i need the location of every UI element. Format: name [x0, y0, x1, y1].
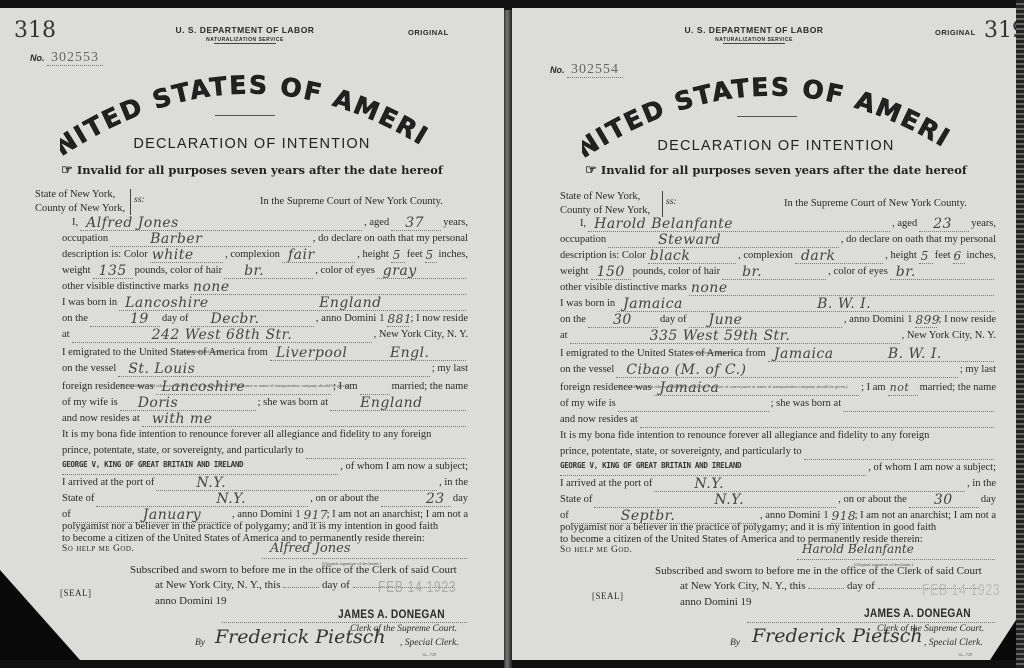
row-occupation: occupation Barber , do declare on oath t… [62, 231, 468, 247]
birth-year-field: 899 [915, 315, 937, 328]
birthplace-field: JamaicaB. W. I. [617, 299, 994, 312]
row-name: I, Alfred Jones , aged 37 years, [62, 215, 468, 231]
vessel-field: St. Louis(If the alien arrived otherwise… [118, 364, 430, 377]
married-status-field: not [888, 383, 918, 396]
venue: State of New York, County of New York, [35, 188, 125, 216]
row-weight: weight 150 pounds, color of hair br. , c… [560, 264, 996, 280]
ss-label: ss: [134, 195, 145, 205]
page-number: 319 [984, 18, 1016, 43]
arrival-day-field: 23 [381, 494, 451, 507]
foreign-residence-field: Lancoshire [156, 382, 332, 395]
foreign-residence-field: Jamaica [654, 383, 860, 396]
row-address: at 242 West 68th Str.(Give number and st… [62, 327, 468, 343]
occupation-field: Barber [110, 234, 311, 247]
weight-field: 135 [93, 266, 133, 279]
row-port: I arrived at the port of N.Y. , in the [560, 476, 996, 492]
birthplace-field: LancoshireEngland [119, 298, 466, 311]
row-emigrated: I emigrated to the United States of Amer… [62, 345, 468, 361]
book-gutter [504, 10, 512, 668]
wife-birthplace-field [843, 399, 994, 412]
row-foreign-residence: foreign residence was Lancoshire ; I am … [62, 379, 468, 395]
row-address: at 335 West 59th Str.(Give number and st… [560, 328, 996, 344]
port-field: N.Y. [156, 478, 437, 491]
marks-field: none [689, 283, 994, 296]
sovereign-field: GEORGE V, KING OF GREAT BRITAIN AND IREL… [62, 462, 338, 475]
eyes-field: br. [890, 267, 994, 280]
emigrated-from-field: JamaicaB. W. I. [768, 349, 994, 362]
page-number: 318 [14, 18, 56, 43]
wife-name-field: Doris [120, 398, 256, 411]
married-status-field [360, 382, 390, 395]
jurat-text: Subscribed and sworn to before me in the… [130, 564, 457, 576]
birth-month-field: June [689, 315, 842, 328]
date-stamp: FEB 14 1923 [378, 579, 456, 597]
row-renounce: It is my bona fide intention to renounce… [62, 427, 468, 443]
folded-corner [0, 570, 80, 660]
seal-label: [SEAL] [592, 591, 624, 601]
department-header: U. S. DEPARTMENT OF LABOR NATURALIZATION… [654, 25, 854, 43]
form-title: DECLARATION OF INTENTION [0, 136, 504, 152]
port-field: N.Y. [654, 479, 965, 492]
row-birthdate: on the 30 day of June , anno Domini 1 89… [560, 312, 996, 328]
arrival-day-field: 30 [909, 495, 979, 508]
wife-birthplace-field: England [330, 398, 466, 411]
sovereign-field: GEORGE V, KING OF GREAT BRITAIN AND IREL… [560, 463, 866, 476]
row-birthdate: on the 19 day of Decbr. , anno Domini 1 … [62, 311, 468, 327]
special-clerk-signature: Frederick Pietsch [215, 626, 386, 648]
validity-notice: ☞Invalid for all purposes seven years af… [524, 163, 1016, 178]
emigrated-from-field: LiverpoolEngl. [270, 348, 466, 361]
row-description: description is: Color black , complexion… [560, 248, 996, 264]
state-field: N.Y. [594, 495, 836, 508]
name-field: Harold Belanfante [588, 219, 890, 232]
age-field: 37 [391, 218, 441, 231]
ledger-page-left: 318 U. S. DEPARTMENT OF LABOR NATURALIZA… [0, 8, 504, 660]
row-marks: other visible distinctive marks none [62, 279, 468, 295]
ss-label: ss: [666, 197, 677, 207]
address-field: 335 West 59th Str.(Give number and stree… [570, 331, 900, 344]
brace [130, 189, 131, 215]
row-wife-resides: and now resides at [560, 412, 996, 428]
color-field: black [648, 251, 736, 264]
row-port: I arrived at the port of N.Y. , in the [62, 475, 468, 491]
row-born: I was born in LancoshireEngland [62, 295, 468, 311]
birth-day-field: 30 [588, 315, 658, 328]
row-occupation: occupation Steward , do declare on oath … [560, 232, 996, 248]
birth-day-field: 19 [90, 314, 160, 327]
special-clerk-signature: Frederick Pietsch [752, 625, 923, 647]
row-vessel: on the vessel Cibao (M. of C.)(If the al… [560, 362, 996, 378]
divider [215, 115, 275, 116]
row-marks: other visible distinctive marks none [560, 280, 996, 296]
row-wife-resides: and now resides at with me [62, 411, 468, 427]
jurat-text: Subscribed and sworn to before me in the… [655, 565, 982, 577]
birth-month-field: Decbr. [191, 314, 314, 327]
complexion-field: dark [795, 251, 883, 264]
occupation-field: Steward [608, 235, 839, 248]
row-description: description is: Color white , complexion… [62, 247, 468, 263]
folded-corner [990, 620, 1016, 660]
declarant-signature: Alfred Jones [270, 541, 351, 556]
marks-field: none [191, 282, 466, 295]
row-renounce: It is my bona fide intention to renounce… [560, 428, 996, 444]
declarant-signature: Harold Belanfante [802, 542, 914, 556]
wife-residence-field [640, 415, 994, 428]
row-vessel: on the vessel St. Louis(If the alien arr… [62, 361, 468, 377]
row-state: State of N.Y. , on or about the 30 day [560, 492, 996, 508]
row-emigrated: I emigrated to the United States of Amer… [560, 346, 996, 362]
name-field: Alfred Jones [80, 218, 362, 231]
copy-label: ORIGINAL [408, 28, 449, 37]
complexion-field: fair [282, 250, 355, 263]
ledger-page-right: ORIGINAL 319 U. S. DEPARTMENT OF LABOR N… [512, 8, 1016, 660]
row-wife: of my wife is Doris ; she was born at En… [62, 395, 468, 411]
wife-name-field [618, 399, 769, 412]
court-name: In the Supreme Court of New York County. [260, 195, 443, 209]
venue: State of New York, County of New York, [560, 190, 650, 218]
age-field: 23 [919, 219, 969, 232]
eyes-field: gray [377, 266, 466, 279]
birth-year-field: 881 [387, 314, 409, 327]
copy-label: ORIGINAL [935, 28, 976, 37]
row-sovereign: GEORGE V, KING OF GREAT BRITAIN AND IREL… [62, 459, 468, 475]
court-name: In the Supreme Court of New York County. [784, 197, 967, 211]
row-weight: weight 135 pounds, color of hair br. , c… [62, 263, 468, 279]
row-wife: of my wife is ; she was born at [560, 396, 996, 412]
date-stamp: FEB 14 1923 [922, 582, 1000, 600]
row-state: State of N.Y. , on or about the 23 day [62, 491, 468, 507]
hair-field: br. [224, 266, 313, 279]
vessel-field: Cibao (M. of C.)(If the alien arrived ot… [616, 365, 958, 378]
wife-residence-field: with me [142, 414, 466, 427]
color-field: white [150, 250, 223, 263]
address-field: 242 West 68th Str.(Give number and stree… [72, 330, 372, 343]
pointing-hand-icon: ☞ [585, 163, 597, 178]
department-header: U. S. DEPARTMENT OF LABOR NATURALIZATION… [145, 25, 345, 43]
divider [214, 43, 276, 44]
row-born: I was born in JamaicaB. W. I. [560, 296, 996, 312]
brace [662, 191, 663, 217]
form-title: DECLARATION OF INTENTION [524, 138, 1016, 154]
page-stack-edge [1016, 0, 1024, 668]
row-foreign-residence: foreign residence was Jamaica ; I am not… [560, 380, 996, 396]
weight-field: 150 [591, 267, 631, 280]
validity-notice: ☞Invalid for all purposes seven years af… [0, 163, 504, 178]
divider [737, 116, 797, 117]
row-sovereign: GEORGE V, KING OF GREAT BRITAIN AND IREL… [560, 460, 996, 476]
row-name: I, Harold Belanfante , aged 23 years, [560, 216, 996, 232]
divider [723, 43, 785, 44]
state-field: N.Y. [96, 494, 308, 507]
hair-field: br. [722, 267, 826, 280]
pointing-hand-icon: ☞ [61, 163, 73, 178]
